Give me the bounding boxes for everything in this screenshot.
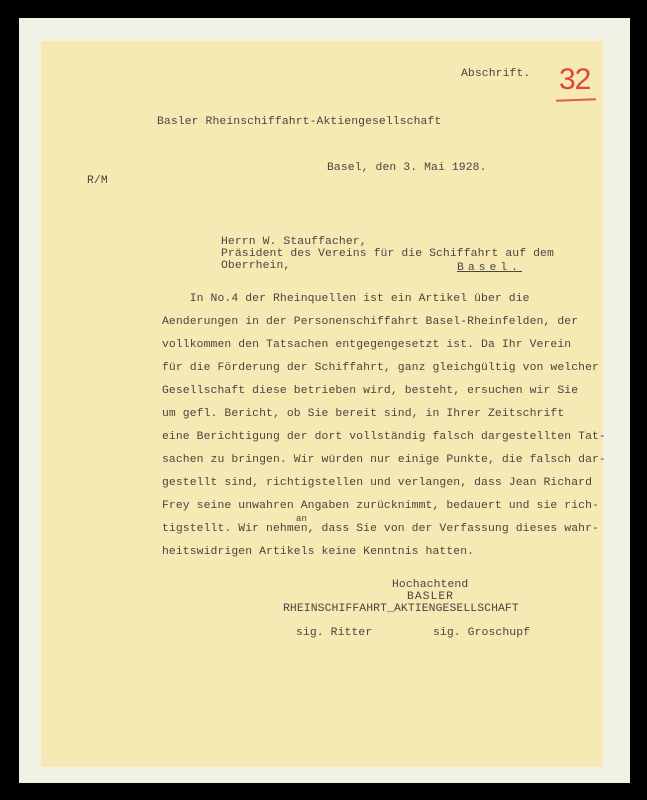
letter-page: Abschrift. 32 Basler Rheinschiffahrt-Akt… <box>41 41 603 767</box>
signature-ritter: sig. Ritter <box>296 627 372 640</box>
signature-groschupf: sig. Groschupf <box>433 627 530 640</box>
reference-initials: R/M <box>87 175 108 188</box>
copy-mark: Abschrift. <box>461 68 530 81</box>
body-line: tigstellt. Wir nehmen, dass Sie von der … <box>162 523 599 536</box>
body-line: eine Berichtigung der dort vollständig f… <box>162 431 606 444</box>
body-line: gestellt sind, richtigstellen und verlan… <box>162 477 592 490</box>
archive-page-number: 32 <box>559 63 590 97</box>
body-line: In No.4 der Rheinquellen ist ein Artikel… <box>162 293 530 306</box>
body-line: Frey seine unwahren Angaben zurücknimmt,… <box>162 500 599 513</box>
page-number-underline <box>556 98 596 101</box>
body-line: sachen zu bringen. Wir würden nur einige… <box>162 454 606 467</box>
sender-company: Basler Rheinschiffahrt-Aktiengesellschaf… <box>157 116 441 129</box>
closing-company-line2: RHEINSCHIFFAHRT_AKTIENGESELLSCHAFT <box>283 603 519 616</box>
body-line: Gesellschaft diese betrieben wird, beste… <box>162 385 578 398</box>
body-line: heitswidrigen Artikels keine Kenntnis ha… <box>162 546 474 559</box>
body-line: vollkommen den Tatsachen entgegengesetzt… <box>162 339 571 352</box>
recipient-region: Oberrhein, <box>221 260 290 273</box>
recipient-city: Basel. <box>457 262 522 275</box>
body-line: für die Förderung der Schiffahrt, ganz g… <box>162 362 599 375</box>
body-line: Aenderungen in der Personenschiffahrt Ba… <box>162 316 578 329</box>
date-line: Basel, den 3. Mai 1928. <box>327 162 487 175</box>
body-line: um gefl. Bericht, ob Sie bereit sind, in… <box>162 408 564 421</box>
